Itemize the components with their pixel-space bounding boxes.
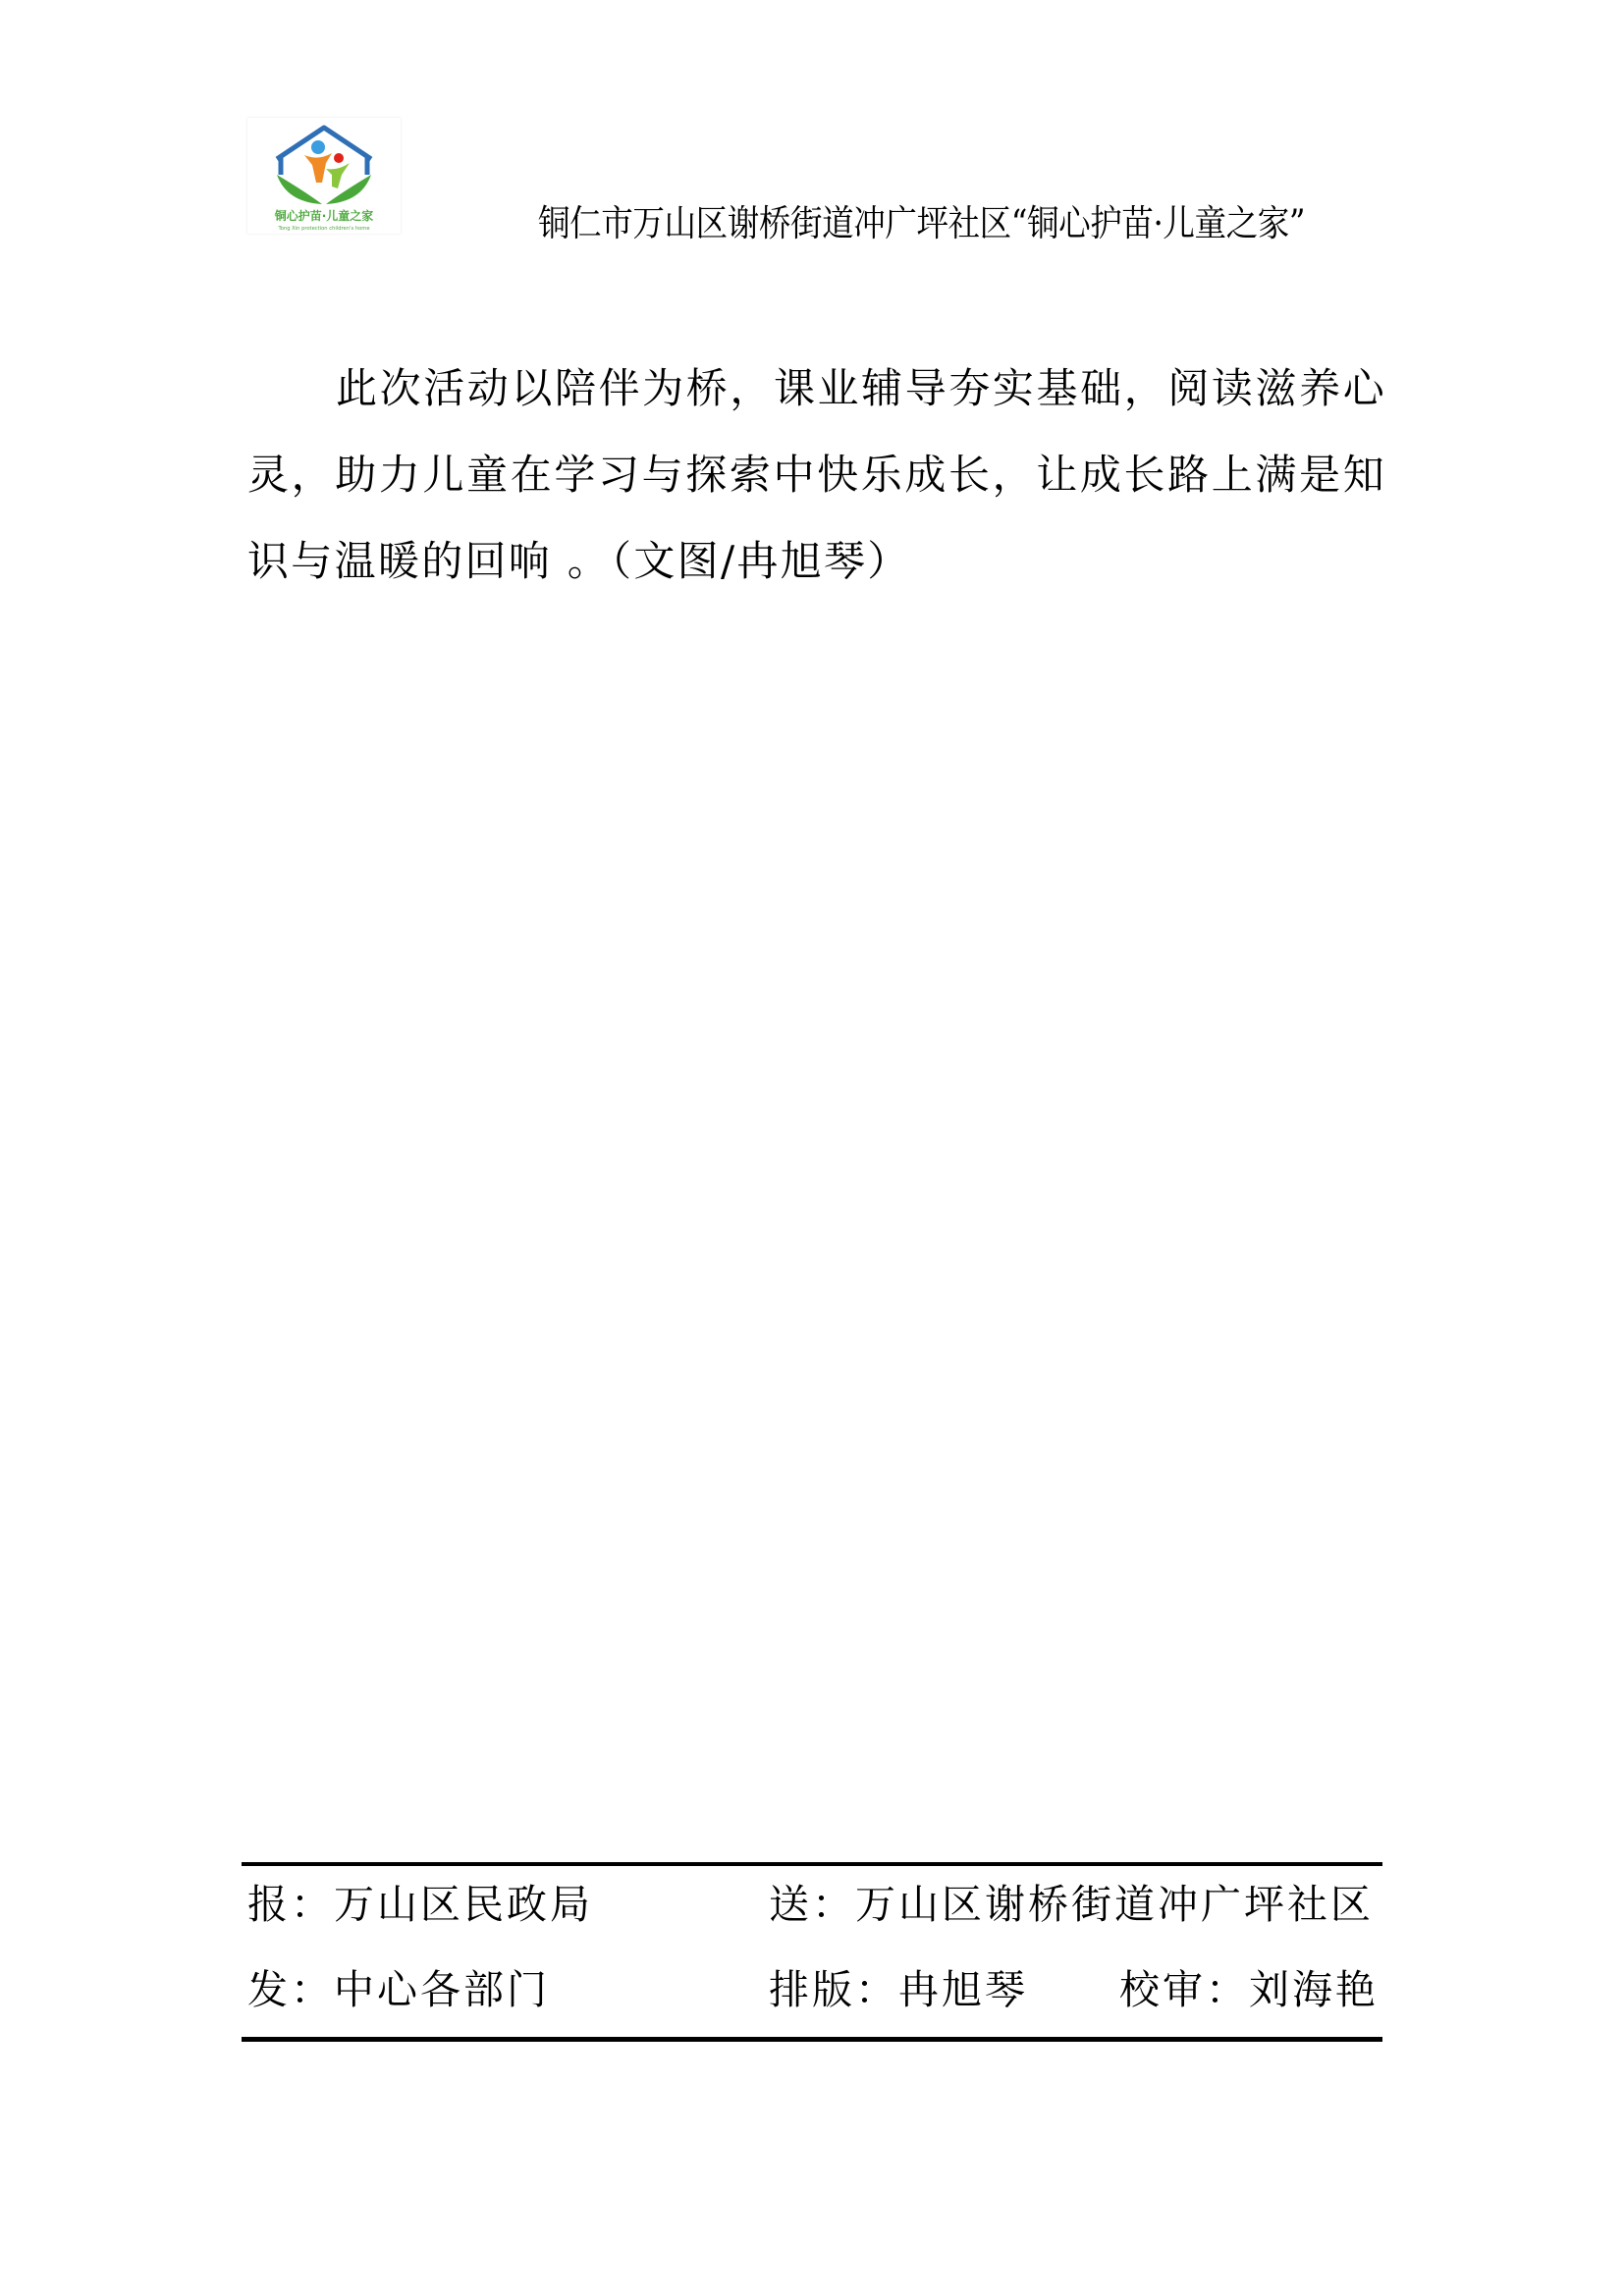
logo: 铜心护苗·儿童之家 Tong Xin protection children's… <box>247 118 401 234</box>
footer-reviewed-by: 校审：刘海艳 <box>1119 1965 1379 2014</box>
footer-bottom-rule <box>242 2037 1382 2042</box>
footer-send-to: 送：万山区谢桥街道冲广坪社区 <box>769 1880 1374 1929</box>
body-paragraph: 此次活动以陪伴为桥，课业辅导夯实基础，阅读滋养心灵，助力儿童在学习与探索中快乐成… <box>247 346 1386 605</box>
footer-distribute: 发：中心各部门 <box>247 1965 550 2014</box>
header-title: 铜仁市万山区谢桥街道冲广坪社区“铜心护苗·儿童之家” <box>538 199 1290 248</box>
footer-report-to: 报：万山区民政局 <box>247 1880 593 1929</box>
footer-top-rule <box>242 1862 1382 1866</box>
svg-text:铜心护苗·儿童之家: 铜心护苗·儿童之家 <box>274 208 374 223</box>
house-children-hands-logo-icon: 铜心护苗·儿童之家 Tong Xin protection children's… <box>247 118 401 234</box>
svg-text:Tong Xin protection children's: Tong Xin protection children's home <box>277 226 369 232</box>
footer-layout-by: 排版：冉旭琴 <box>769 1965 1028 2014</box>
